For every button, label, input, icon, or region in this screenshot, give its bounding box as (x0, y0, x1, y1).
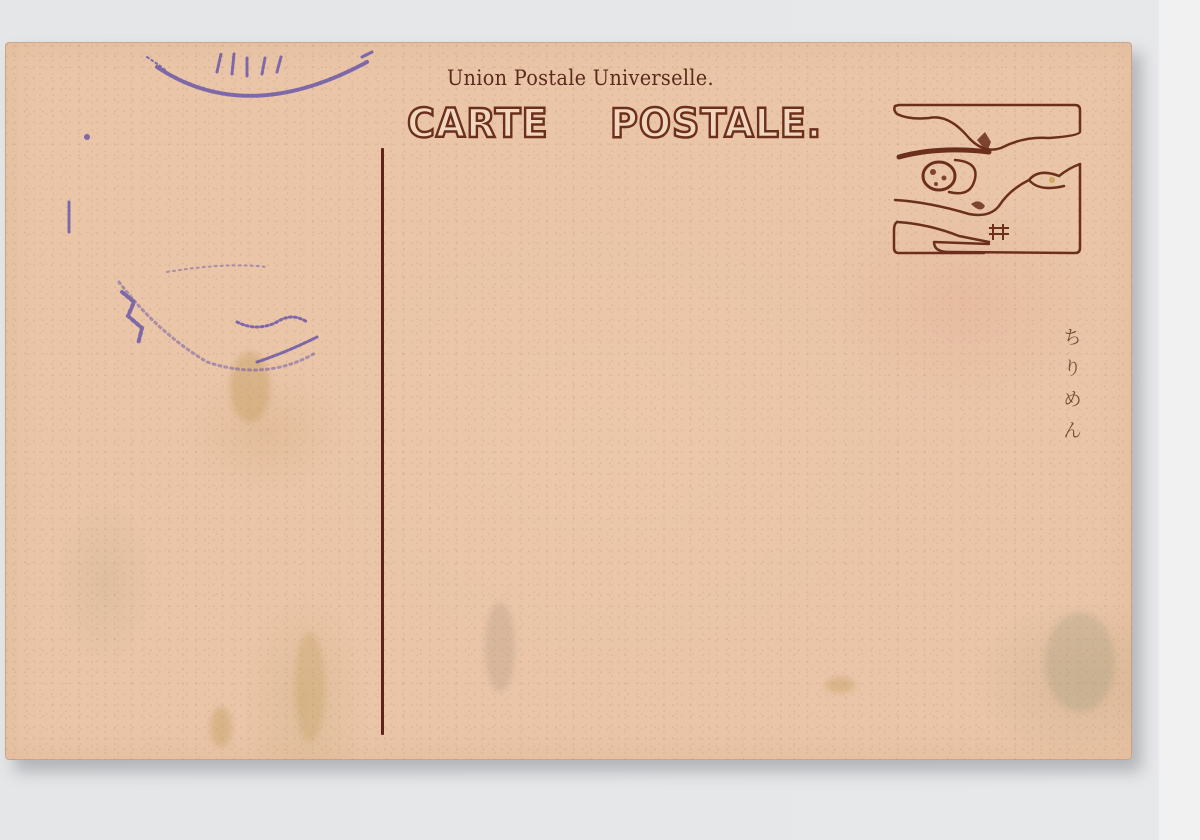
title-carte: CARTE (407, 97, 548, 151)
backdrop-right (1160, 0, 1200, 840)
stain (295, 632, 325, 742)
postcard-back: Union Postale Universelle. CARTE POSTALE… (5, 42, 1132, 760)
stain (210, 707, 232, 747)
stain (485, 602, 515, 692)
stain (1045, 612, 1115, 712)
stamp-placeholder-icon (889, 102, 1083, 258)
address-divider-line (381, 148, 384, 735)
stain (825, 677, 855, 693)
upu-header: Union Postale Universelle. (447, 66, 760, 90)
handwritten-note: ちりめん (1041, 327, 1085, 527)
stain (230, 352, 270, 422)
title-postale: POSTALE. (610, 97, 822, 151)
postmark-icon (67, 42, 387, 392)
